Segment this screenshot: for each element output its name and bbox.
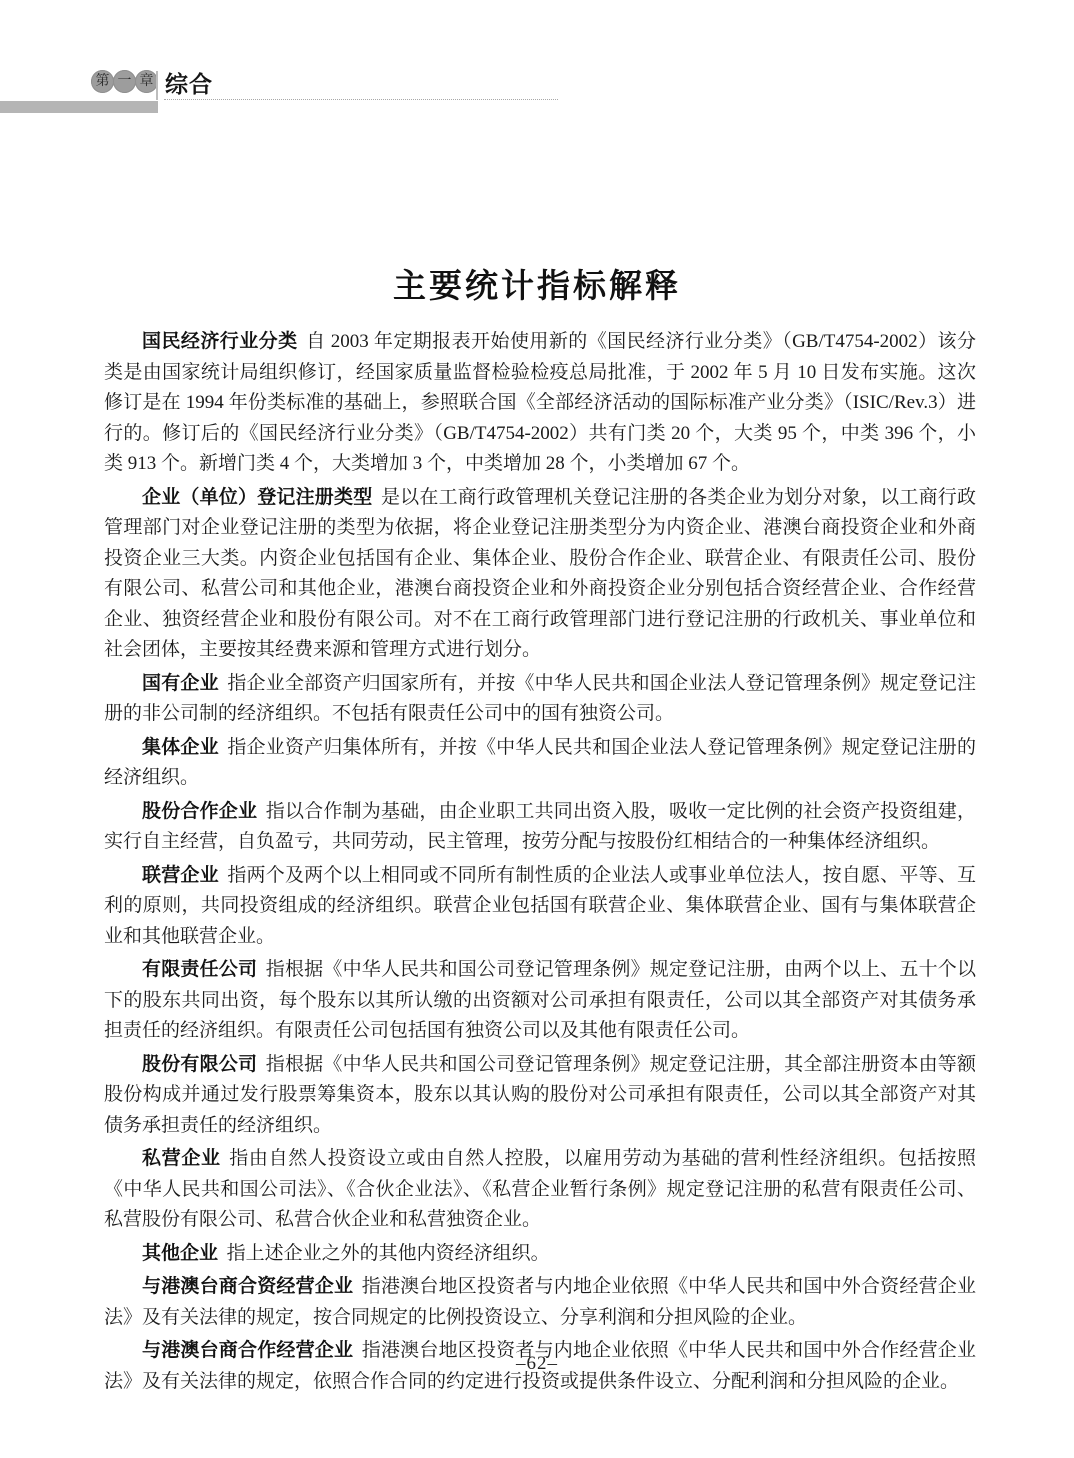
- chapter-badge: 第一章: [91, 70, 157, 93]
- definition-text: 是以在工商行政管理机关登记注册的各类企业为划分对象，以工商行政管理部门对企业登记…: [104, 487, 976, 661]
- header-divider: [156, 71, 158, 100]
- definition-paragraph: 集体企业指企业资产归集体所有，并按《中华人民共和国企业法人登记管理条例》规定登记…: [104, 733, 976, 794]
- definition-paragraph: 股份合作企业指以合作制为基础，由企业职工共同出资入股，吸收一定比例的社会资产投资…: [104, 797, 976, 858]
- definition-text: 指上述企业之外的其他内资经济组织。: [227, 1243, 550, 1264]
- definition-paragraph: 有限责任公司指根据《中华人民共和国公司登记管理条例》规定登记注册，由两个以上、五…: [104, 955, 976, 1047]
- definition-paragraph: 私营企业指由自然人投资设立或由自然人控股，以雇用劳动为基础的营利性经济组织。包括…: [104, 1144, 976, 1236]
- definition-term: 国有企业: [142, 673, 219, 694]
- definition-paragraph: 其他企业指上述企业之外的其他内资经济组织。: [104, 1239, 976, 1270]
- definition-text: 指企业全部资产归国家所有，并按《中华人民共和国企业法人登记管理条例》规定登记注册…: [104, 673, 976, 725]
- chapter-badge-char: 第: [91, 70, 114, 93]
- definition-text: 指企业资产归集体所有，并按《中华人民共和国企业法人登记管理条例》规定登记注册的经…: [104, 737, 976, 789]
- chapter-badge-char: 章: [135, 70, 158, 93]
- page-title: 主要统计指标解释: [0, 260, 1074, 307]
- definition-term: 国民经济行业分类: [142, 331, 298, 352]
- definition-text: 指两个及两个以上相同或不同所有制性质的企业法人或事业单位法人，按自愿、平等、互利…: [104, 865, 976, 947]
- section-title: 综合: [165, 66, 213, 99]
- definition-term: 其他企业: [142, 1243, 218, 1264]
- definition-term: 企业（单位）登记注册类型: [142, 487, 372, 508]
- definition-paragraph: 联营企业指两个及两个以上相同或不同所有制性质的企业法人或事业单位法人，按自愿、平…: [104, 861, 976, 953]
- definition-paragraph: 与港澳台商合资经营企业指港澳台地区投资者与内地企业依照《中华人民共和国中外合资经…: [104, 1272, 976, 1333]
- definition-term: 私营企业: [142, 1148, 221, 1169]
- header-left-bar: [0, 101, 158, 113]
- definition-paragraph: 股份有限公司指根据《中华人民共和国公司登记管理条例》规定登记注册，其全部注册资本…: [104, 1050, 976, 1142]
- definition-paragraph: 国有企业指企业全部资产归国家所有，并按《中华人民共和国企业法人登记管理条例》规定…: [104, 669, 976, 730]
- section-title-underline: [164, 99, 558, 100]
- definition-term: 与港澳台商合资经营企业: [142, 1276, 353, 1297]
- definitions-list: 国民经济行业分类自 2003 年定期报表开始使用新的《国民经济行业分类》（GB/…: [104, 327, 976, 1400]
- definition-paragraph: 企业（单位）登记注册类型是以在工商行政管理机关登记注册的各类企业为划分对象，以工…: [104, 483, 976, 666]
- chapter-badge-char: 一: [113, 70, 136, 93]
- page-number: –62–: [0, 1353, 1074, 1375]
- definition-paragraph: 国民经济行业分类自 2003 年定期报表开始使用新的《国民经济行业分类》（GB/…: [104, 327, 976, 480]
- definition-term: 联营企业: [142, 865, 219, 886]
- definition-term: 股份合作企业: [142, 801, 257, 822]
- definition-term: 股份有限公司: [142, 1054, 257, 1075]
- definition-term: 集体企业: [142, 737, 219, 758]
- definition-term: 有限责任公司: [142, 959, 257, 980]
- document-page: 第一章 综合 主要统计指标解释 国民经济行业分类自 2003 年定期报表开始使用…: [0, 0, 1074, 1458]
- definition-text: 自 2003 年定期报表开始使用新的《国民经济行业分类》（GB/T4754-20…: [104, 331, 976, 474]
- definition-text: 指由自然人投资设立或由自然人控股，以雇用劳动为基础的营利性经济组织。包括按照《中…: [104, 1148, 976, 1230]
